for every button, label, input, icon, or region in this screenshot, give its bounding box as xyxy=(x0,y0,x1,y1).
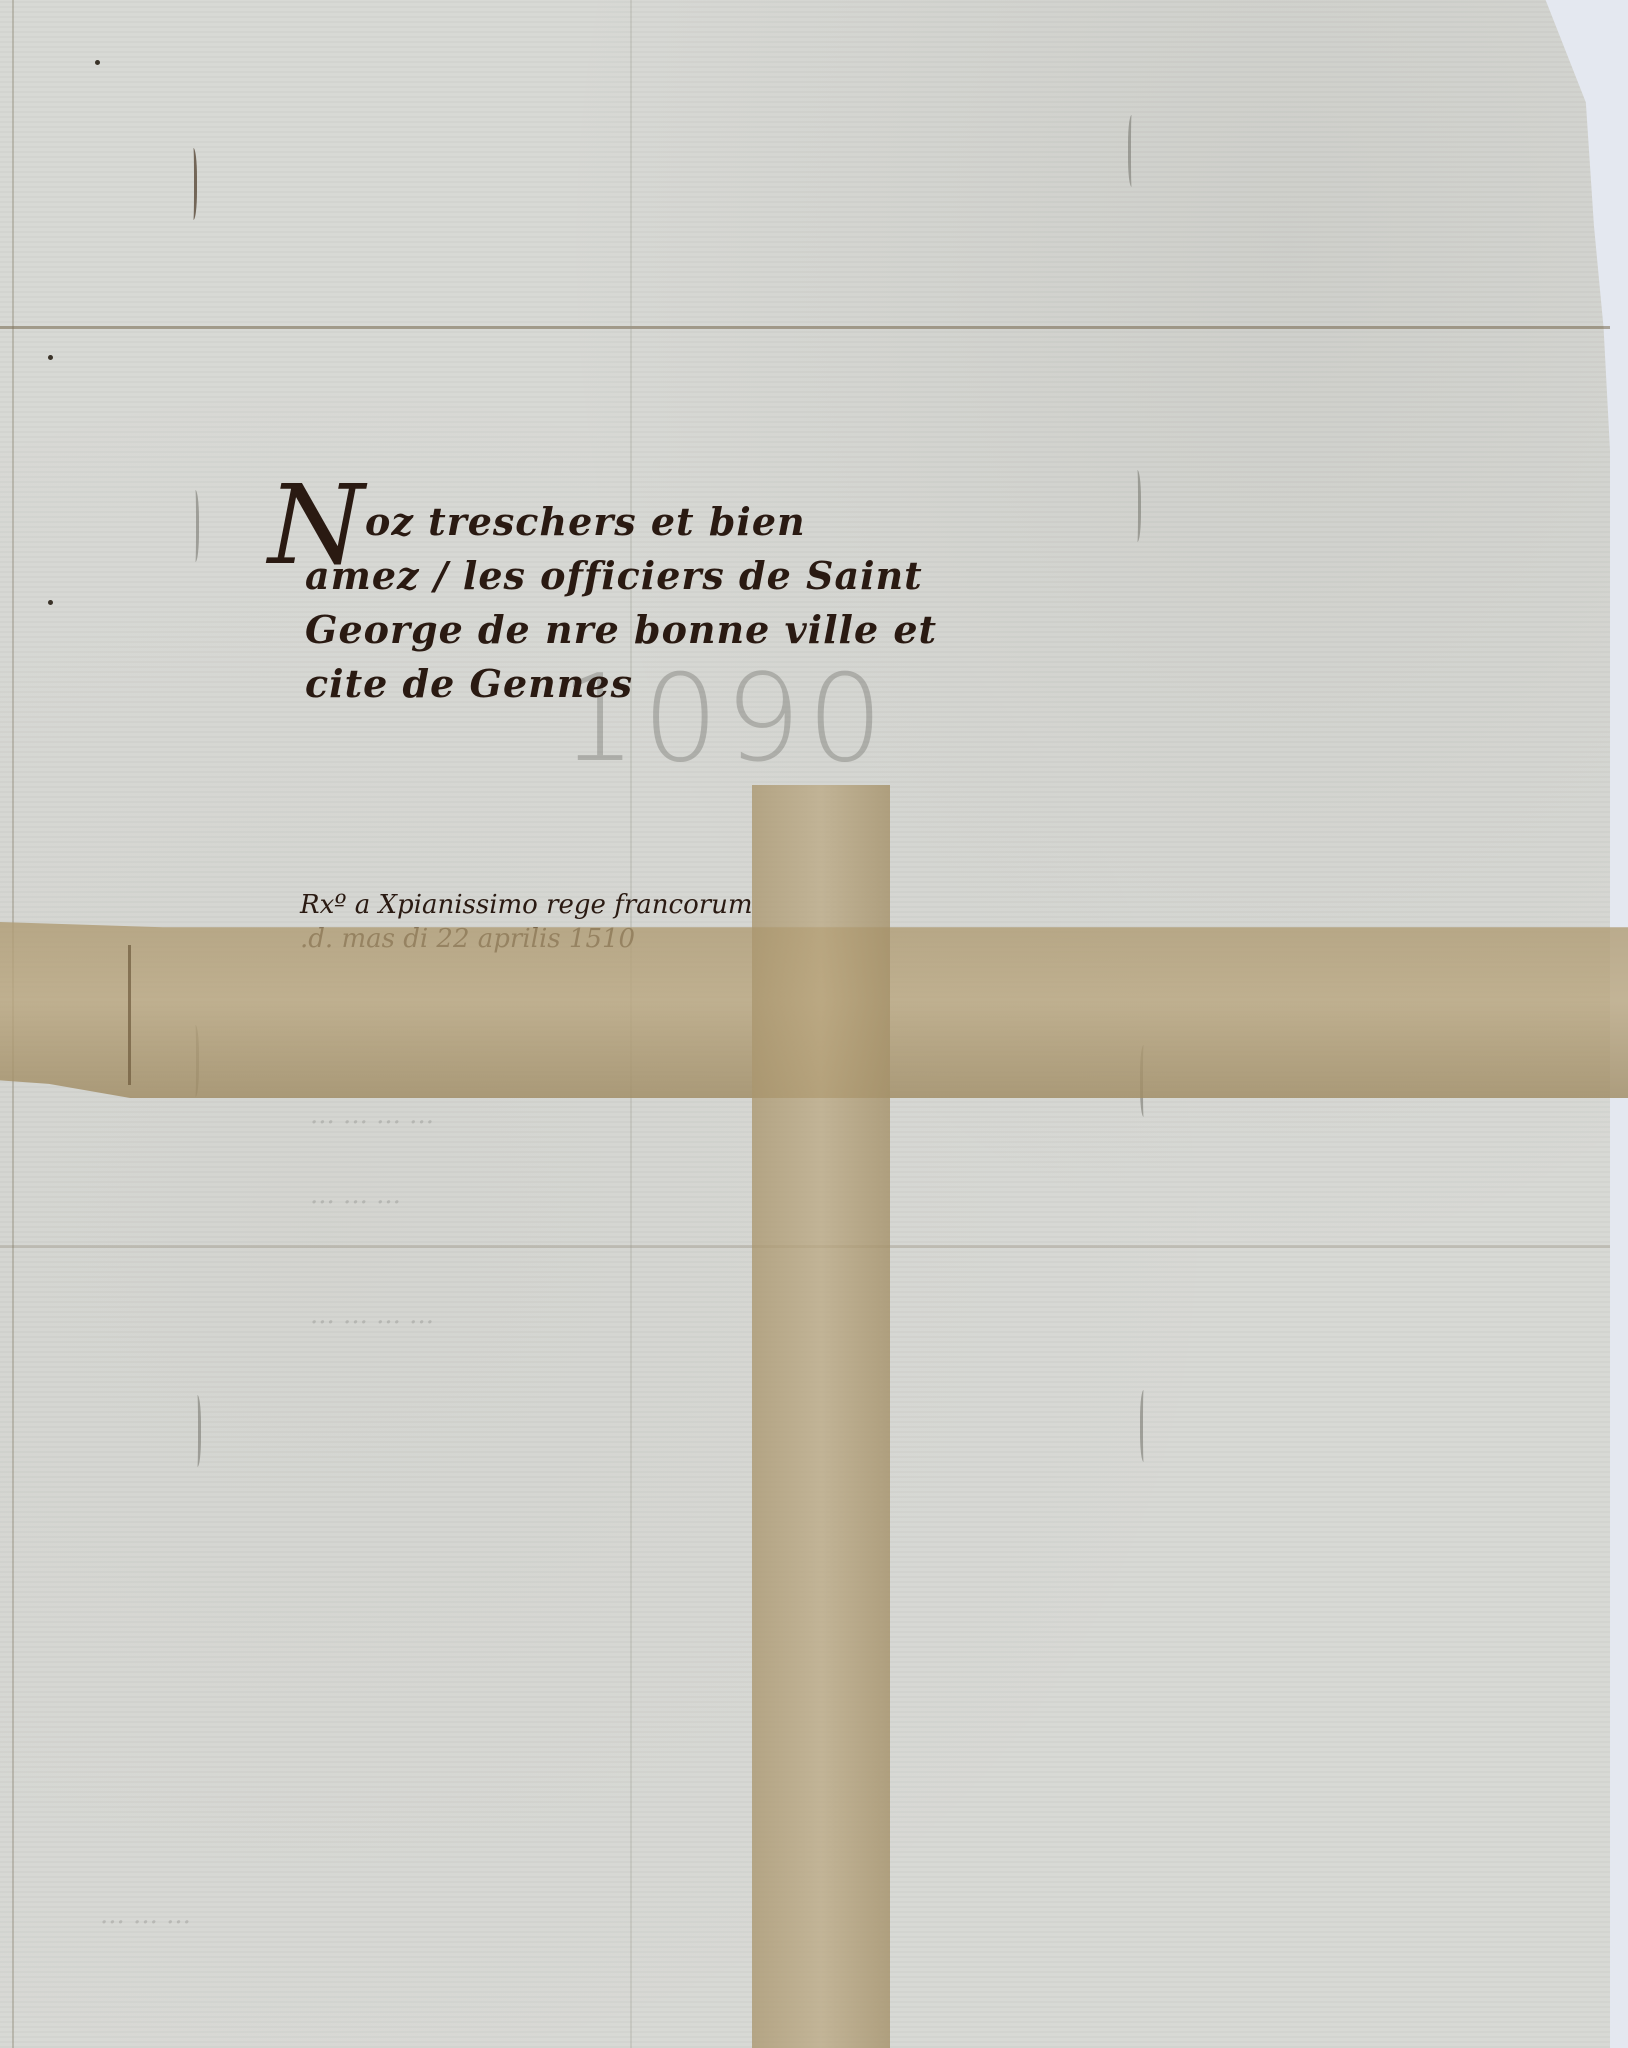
bleed-through-text: ... ... ... ... xyxy=(310,1300,434,1330)
address-line: cite de Gennes xyxy=(305,657,865,711)
margin-mark xyxy=(1132,470,1141,542)
docket-line: Rxº a Xpianissimo rege francorum xyxy=(300,888,753,922)
margin-mark xyxy=(1128,115,1137,187)
ink-spot xyxy=(48,600,53,605)
address-line: George de nre bonne ville et xyxy=(305,603,865,657)
ink-spot xyxy=(95,60,100,65)
address-line: oz treschers et bien xyxy=(305,495,865,549)
margin-mark xyxy=(188,148,197,220)
ink-spot xyxy=(48,355,53,360)
repair-tape-vertical xyxy=(752,785,890,2048)
address-block: oz treschers et bien amez / les officier… xyxy=(305,495,865,711)
margin-mark xyxy=(1140,1390,1149,1462)
bleed-through-text: ... ... ... xyxy=(310,1180,401,1210)
margin-mark xyxy=(190,490,199,562)
address-line: amez / les officiers de Saint xyxy=(305,549,865,603)
margin-mark xyxy=(192,1395,201,1467)
fold-line-horizontal-top xyxy=(0,326,1610,329)
bleed-through-text: ... ... ... xyxy=(100,1900,191,1930)
bleed-through-text: ... ... ... ... xyxy=(310,1100,434,1130)
tape-seam xyxy=(128,945,131,1085)
